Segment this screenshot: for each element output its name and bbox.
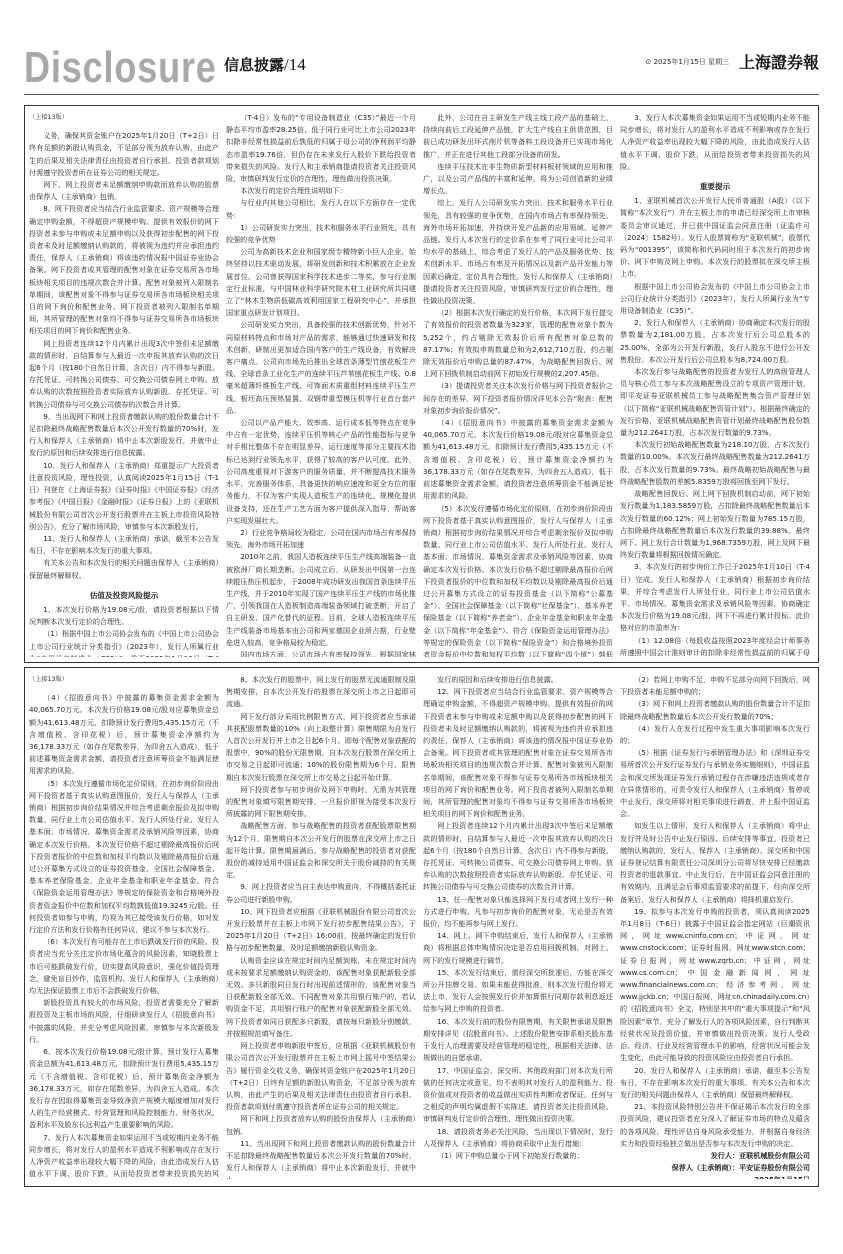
paragraph: 网下、网上投资者未足额缴纳申购款而放弃认购的股票由保荐人（主承销商）包销。 [29,179,219,203]
paragraph: 17、中国证监会、深交所、其他政府部门对本次发行所做的任何决定或意见，均不表明其… [423,1065,613,1126]
paragraph: 公司为高新技术企业和国家级专精特新小巨人企业，始终坚持以技术驱动发展，将研发创新… [226,246,416,319]
paragraph: 8、本次发行的股票中，网上发行的股票无流通限制及限售期安排，自本次公开发行的股票… [226,674,416,711]
paragraph: 与行业内其他公司相比，发行人在以下方面存在一定优势： [226,197,416,221]
announcement-panel-bottom: （上接13版） （4）《招股意向书》中披露的募集资金需求金额为40,065.70… [24,667,819,1187]
paragraph: （3）网下和网上投资者缴款认购的股份数量合计不足扣除最终战略配售数量后本次公开发… [620,698,810,722]
paragraph: 义务，确保其资金账户在2025年1月20日（T+2日）日终有足额的新股认购资金，… [29,130,219,179]
continued-note: （上接13版） [29,674,219,686]
paragraph: （5）本次发行遵循市场化定价原则，在初步询价阶段由网下投资者基于真实认购意图报价… [423,503,613,658]
paragraph: （4）《招股意向书》中披露的募集资金需求金额为40,065.70万元，本次发行价… [423,417,613,502]
paragraph: （5）本次发行遵循市场化定价原则，在初步询价阶段由网下投资者基于真实认购意图报价… [29,778,219,937]
paragraph: （1）根据中国上市公司协会发布的《中国上市公司协会上市公司行业统计分类指引》（2… [29,628,219,657]
paragraph: （6）本次发行有可能存在上市后跌破发行价的风险。投资者应当充分关注定价市场化蕴含… [29,936,219,997]
paragraph: 公司研发实力突出，具备较强的技术创新优势，针对不同原材料特点和市场对产品的需求，… [226,319,416,417]
column-4: （2）若网上申购不足，申购不足部分向网下回拨后，网下投资者未能足额申购的；（3）… [620,674,810,1179]
column-4: 3、发行人本次募集资金如果运用不当或短期内业务不能同步增长，将对发行人的盈利水平… [620,112,810,657]
column-1: （上接13版） 义务，确保其资金账户在2025年1月20日（T+2日）日终有足额… [29,112,219,657]
paragraph: 15、本次发行结束后，需经深交所批准后，方能在深交所公开挂牌交易。如果未能获得批… [423,967,613,1016]
paragraph: 9、当出现网下和网上投资者缴款认购的股份数量合计不足扣除最终战略配售数量后本次公… [29,411,219,460]
column-3: 此外，公司在自主研发生产线主线工段产品的基础上，持续向前后工段延伸产品链，扩大生… [423,112,613,657]
paragraph: 18、请投资者务必关注风险，当出现以下情况时，发行人及保荐人（主承销商）将协商采… [423,1126,613,1150]
paragraph: 本次发行的定价合理性说明如下： [226,185,416,197]
paragraph: 1、亚联机械首次公开发行人民币普通股（A股）（以下简称“本次发行”）并在主板上市… [620,195,810,280]
section-name: 信息披露 [224,56,284,74]
paragraph: 3、发行人本次募集资金如果运用不当或短期内业务不能同步增长，将对发行人的盈利水平… [620,112,810,173]
paragraph: （2）若网上申购不足，申购不足部分向网下回拨后，网下投资者未能足额申购的； [620,674,810,698]
paragraph: 网上投资者连续12个月内累计出现3次中签但未足额缴款的情形时，自结算参与人最近一… [29,338,219,411]
paragraph: （5）根据《证券发行与承销管理办法》和《深圳证券交易所首次公开发行证券发行与承销… [620,747,810,820]
paragraph: 1、本次发行价格为19.08元/股，请投资者根据以下情况判断本次发行定价的合理性… [29,604,219,628]
paragraph: 战略配售回拨后、网上网下回拨机制启动前，网下初始发行数量为1,183.5859万… [620,488,810,561]
paragraph: 网下投资者参与初步询价及网下申购时，无需为其管理的配售对象填写限售期安排，一旦报… [226,784,416,821]
paragraph: 综上，发行人公司研发实力突出，技术和服务水平行业领先，具有较强的竞争优势，在国内… [423,197,613,307]
paragraph: 连续平压技术在非生物质新型材料板材领域的应用和推广，以及公司产品线的丰富和延伸，… [423,161,613,198]
signature-line: 2025年1月15日 [620,1174,810,1179]
paragraph: 11、发行人和保荐人（主承销商）承诺，截至本公告发布日，不存在影响本次发行的重大… [29,533,219,557]
signature-line: 发行人：亚联机械股份有限公司 [620,1150,810,1162]
masthead: Disclosure 信息披露/14 ⊙ 2025年1月15日 星期三 上海證券… [24,40,819,90]
paragraph: 12、网下投资者应当结合行业监管要求、资产规模等合理确定申购金额，不得超资产规模… [423,686,613,820]
paragraph: 8、网下投资者应当结合行业监管要求、资产规模等合理确定申购金额，不得超资产规模申… [29,203,219,337]
paragraph: 7、发行人本次募集资金如果运用不当或短期内业务不能同步增长，将对发行人的盈利水平… [29,1132,219,1179]
header-rule [24,94,819,95]
paragraph: 21、本投资风险特别公告并不保证揭示本次发行的全部投资风险，建议投资者充分深入了… [620,1101,810,1150]
paragraph: （1）网下申购总量小于网下初始发行数量的； [423,1150,613,1162]
paragraph: 9、网上投资者应当自主表达申购意向，不得概括委托证券公司进行新股申购。 [226,881,416,905]
section-title: 信息披露/14 [224,54,306,75]
page-number: /14 [284,55,306,74]
paragraph: （2）根据本次发行确定的发行价格，本次网下发行提交了有效报价的投资者数量为323… [423,307,613,380]
paragraph: 19、拟参与本次发行申购的投资者，须认真阅读2025年1月8日（T-6日）披露于… [620,906,810,1065]
continued-note: （上接13版） [29,112,219,124]
paragraph: 发行的原因和后续安排进行信息披露。 [423,674,613,686]
paragraph: 网上投资者申购新股中签后，应根据《亚联机械股份有限公司首次公开发行股票并在主板上… [226,1040,416,1113]
paragraph: 1）公司研发实力突出，技术和服务水平行业领先，具有较强的竞争优势 [226,222,416,246]
column-2: 8、本次发行的股票中，网上发行的股票无流通限制及限售期安排，自本次公开发行的股票… [226,674,416,1179]
column-1: （上接13版） （4）《招股意向书》中披露的募集资金需求金额为40,065.70… [29,674,219,1179]
paragraph: （4）《招股意向书》中披露的募集资金需求金额为40,065.70万元。本次发行价… [29,692,219,777]
newspaper-name: 上海證券報 [739,50,819,73]
date-text: 2025年1月15日 星期三 [654,58,729,66]
paragraph: （4）发行人在发行过程中发生重大事项影响本次发行的； [620,723,810,747]
paragraph: 13、任一配售对象只能选择网下发行或者网上发行一种方式进行申购。凡参与初步询价的… [423,894,613,931]
paragraph: 此外，公司在自主研发生产线主线工段产品的基础上，持续向前后工段延伸产品链，扩大生… [423,112,613,161]
paragraph: 根据中国上市公司协会发布的《中国上市公司协会上市公司行业统计分类指引》（2023… [620,281,810,318]
paragraph: 网下发行部分采用比例限售方式，网下投资者应当承诺其获配股票数量的10%（向上取整… [226,711,416,784]
column-2: （T-4日）发布的“专用设备制造业（C35）”最近一个月静态平均市盈率28.25… [226,112,416,657]
paragraph: 10、发行人和保荐人（主承销商）郑重提示广大投资者注意投资风险，理性投资，认真阅… [29,460,219,533]
signature-line: 保荐人（主承销商）：平安证券股份有限公司 [620,1162,810,1174]
paragraph: 如发生以上情形，发行人和保荐人（主承销商）将中止发行并及时公告中止发行原因、后续… [620,820,810,905]
paragraph: 11、当出现网下和网上投资者缴款认购的股份数量合计不足扣除最终战略配售数量后本次… [226,1138,416,1179]
paragraph: （T-4日）发布的“专用设备制造业（C35）”最近一个月静态平均市盈率28.25… [226,112,416,185]
paragraph: 10、网下投资者应根据《亚联机械股份有限公司首次公开发行股票并在主板上市网下发行… [226,906,416,955]
paragraph: （1）12.08倍（每股收益按照2023年度经会计师事务所遵照中国会计准则审计的… [620,635,810,657]
column-3: 发行的原因和后续安排进行信息披露。12、网下投资者应当结合行业监管要求、资产规模… [423,674,613,1179]
paragraph: 3、本次发行的初步询价工作已于2025年1月10日（T-4日）完成。发行人和保荐… [620,561,810,634]
brand-logo: Disclosure [24,46,217,90]
dateline: ⊙ 2025年1月15日 星期三 [646,57,730,67]
paragraph: 国内市场方面，公司市场占有率保持领先。根据国家林业和草原局林产工业规划设计院、中… [226,649,416,657]
section-heading: 重要提示 [620,181,810,193]
paragraph: 有关本公告和本次发行的相关问题由保荐人（主承销商）保留最终解释权。 [29,557,219,581]
paragraph: 认购资金应该在规定时间内足额到账，未在规定时间内或未按要求足额缴纳认购资金的，该… [226,955,416,1040]
paragraph: 网下和网上投资者放弃认购的股份由保荐人（主承销商）包销。 [226,1113,416,1137]
section-heading: 估值及投资风险提示 [29,590,219,602]
paragraph: 新股投资具有较大的市场风险，投资者需要充分了解新股投资及主板市场的风险，仔细研读… [29,997,219,1046]
paragraph: 2）行业竞争格局较为稳定，公司在国内市场占有率保持领先，海外市场开拓加速 [226,527,416,551]
paragraph: 2、发行人和保荐人（主承销商）协商确定本次发行的股票数量为2,181.00万股，… [620,317,810,366]
paragraph: 公司以产品产能大、效率高、运行成本低等特点在竞争中占有一定优势，连续平压机等核心… [226,417,416,527]
announcement-panel-top: （上接13版） 义务，确保其资金账户在2025年1月20日（T+2日）日终有足额… [24,105,819,663]
paragraph: 网上投资者连续12个月内累计出现3次中签后未足额缴款的情形时，自结算参与人最近一… [423,820,613,893]
paragraph: 战略配售方面，参与战略配售的投资者获配股票限售期为12个月，限售期自本次公开发行… [226,820,416,881]
paragraph: 本次发行初始战略配售数量为218.10万股，占本次发行数量的10.00%。本次发… [620,439,810,488]
paragraph: 2010年之前，我国人造板连续平压生产线高端装备一直被欧洲厂商长期垄断。公司成立… [226,551,416,649]
paragraph: 本次发行参与战略配售的投资者为发行人的高级管理人员与核心员工参与本次战略配售设立… [620,366,810,439]
paragraph: 14、网上、网下申购结束后，发行人和保荐人（主承销商）将根据总体申购情况决定是否… [423,930,613,967]
paragraph: 6、按本次发行价格19.08元/股计算，预计发行人募集资金总额为41,613.4… [29,1046,219,1131]
paragraph: 20、发行人和保荐人（主承销商）承诺，截至本公告发布日，不存在影响本次发行的重大… [620,1065,810,1102]
paragraph: 16、本次发行前的股份有限售期，有关限售承诺及限售期安排详见《招股意向书》。上述… [423,1016,613,1065]
paragraph: （3）提请投资者关注本次发行价格与网下投资者报价之间存在的差异，网下投资者报价情… [423,380,613,417]
